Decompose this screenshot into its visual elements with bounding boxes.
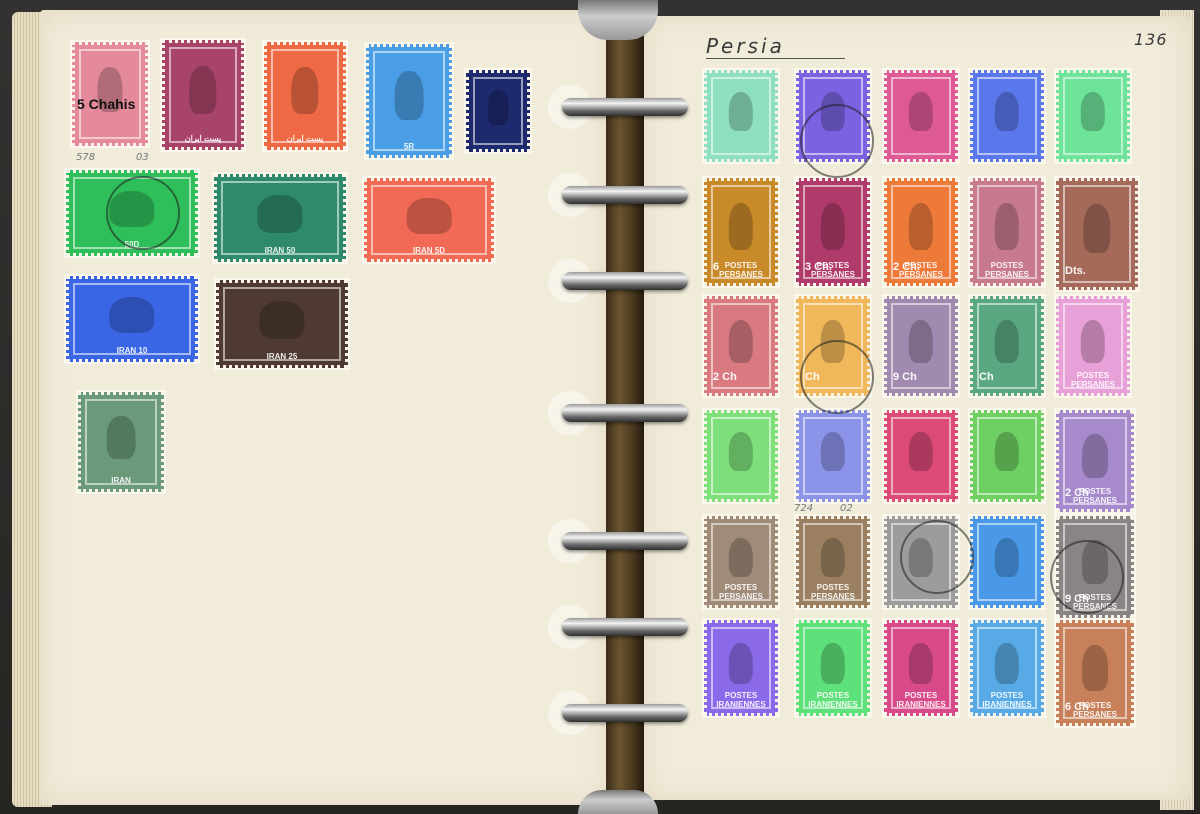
portrait — [821, 432, 845, 472]
stamp: پست ایران — [162, 40, 244, 150]
stamp-inscription: POSTES PERSANES — [707, 583, 775, 601]
stamp: POSTES PERSANES — [704, 516, 778, 608]
stamp: POSTES PERSANES2 Ch — [1056, 410, 1134, 512]
binder-clip-bottom — [578, 790, 658, 814]
portrait — [821, 538, 845, 578]
stamp-inscription: IRAN 25 — [219, 352, 345, 361]
page-title: Persia — [706, 34, 845, 59]
stamp: POSTES IRANIENNES — [796, 620, 870, 716]
postmark — [800, 340, 874, 414]
stamp-value: Dts. — [1065, 265, 1086, 277]
stamp: IRAN 25 — [216, 280, 348, 368]
binder-ring — [562, 404, 688, 422]
portrait — [821, 203, 845, 250]
catalog-note: 724 — [794, 503, 813, 514]
portrait — [729, 203, 753, 250]
stamp: IRAN 50 — [214, 174, 346, 262]
stamp — [884, 410, 958, 502]
portrait — [909, 203, 933, 250]
stamp-inscription: IRAN 50 — [217, 246, 343, 255]
binder-ring — [562, 532, 688, 550]
stamp — [466, 70, 530, 152]
stamp: Dts. — [1056, 178, 1138, 290]
stamp — [970, 70, 1044, 162]
stamp: POSTES PERSANES3 Ch. — [796, 178, 870, 286]
portrait — [995, 203, 1019, 250]
portrait — [909, 320, 933, 363]
stamp-value: 6 — [713, 261, 719, 273]
stamp: 9 Ch — [884, 296, 958, 396]
stamp: پست ایران — [264, 42, 346, 150]
portrait — [909, 432, 933, 472]
stamp: POSTES PERSANES2 Ch. — [884, 178, 958, 286]
stamp-value: 2 Ch — [1065, 487, 1089, 499]
stamp-inscription: IRAN 10 — [69, 346, 195, 355]
portrait — [1081, 320, 1105, 363]
portrait — [909, 92, 933, 132]
binder-ring — [562, 704, 688, 722]
portrait — [407, 198, 452, 234]
portrait — [729, 643, 753, 684]
stamp-inscription: POSTES IRANIENNES — [973, 691, 1041, 709]
portrait — [909, 643, 933, 684]
stamp — [884, 70, 958, 162]
stamp: 5R — [366, 44, 452, 158]
postmark — [900, 520, 974, 594]
stamp: IRAN 5D — [364, 178, 494, 262]
stamp: Ch — [970, 296, 1044, 396]
portrait — [291, 67, 318, 114]
portrait — [995, 320, 1019, 363]
catalog-note: 03 — [136, 152, 149, 163]
stamp — [796, 410, 870, 502]
stamp-inscription: POSTES IRANIENNES — [799, 691, 867, 709]
postmark — [1050, 540, 1124, 614]
stamp: POSTES IRANIENNES — [884, 620, 958, 716]
binder-ring — [562, 272, 688, 290]
stamp: POSTES PERSANES — [796, 516, 870, 608]
stamp — [704, 70, 778, 162]
stamp-value: 2 Ch. — [893, 261, 920, 273]
stamp: POSTES PERSANES — [1056, 296, 1130, 396]
stamp-inscription: 5R — [369, 142, 449, 151]
portrait — [729, 320, 753, 363]
stamp: IRAN 10 — [66, 276, 198, 362]
stamp-inscription: POSTES PERSANES — [973, 261, 1041, 279]
page-number: 136 — [1134, 30, 1168, 49]
stamp-value: 9 Ch — [893, 371, 917, 383]
stamp-inscription: پست ایران — [267, 134, 343, 143]
stamp-value: 6 Ch — [1065, 701, 1089, 713]
stamp-inscription: POSTES IRANIENNES — [707, 691, 775, 709]
stamp: 2 Ch — [704, 296, 778, 396]
binder-ring — [562, 186, 688, 204]
stamp-overprint: 5 Chahis — [77, 96, 135, 112]
stamp — [970, 516, 1044, 608]
stamp-inscription: IRAN — [81, 476, 161, 485]
portrait — [257, 195, 302, 233]
stamp-inscription: POSTES IRANIENNES — [887, 691, 955, 709]
portrait — [729, 538, 753, 578]
stamp: IRAN — [78, 392, 164, 492]
portrait — [821, 643, 845, 684]
catalog-note: 02 — [840, 503, 853, 514]
stamp: POSTES IRANIENNES — [970, 620, 1044, 716]
portrait — [729, 92, 753, 132]
stamp: POSTES PERSANES6 — [704, 178, 778, 286]
portrait — [1082, 645, 1108, 691]
stamp — [970, 410, 1044, 502]
postmark — [106, 176, 180, 250]
stamp: POSTES PERSANES — [970, 178, 1044, 286]
portrait — [395, 71, 424, 121]
stamp: POSTES IRANIENNES — [704, 620, 778, 716]
catalog-note: 578 — [76, 152, 95, 163]
stamp-value: 3 Ch. — [805, 261, 832, 273]
portrait — [995, 538, 1019, 578]
portrait — [1083, 204, 1110, 253]
stamp — [704, 410, 778, 502]
portrait — [729, 432, 753, 472]
portrait — [995, 92, 1019, 132]
portrait — [259, 301, 304, 339]
portrait — [1082, 434, 1108, 478]
portrait — [189, 66, 216, 114]
binder-ring — [562, 618, 688, 636]
stamp-inscription: پست ایران — [165, 134, 241, 143]
stamp-inscription: POSTES PERSANES — [1059, 371, 1127, 389]
stamp-inscription: IRAN 5D — [367, 246, 491, 255]
portrait — [109, 297, 154, 334]
portrait — [995, 643, 1019, 684]
stamp-value: 2 Ch — [713, 371, 737, 383]
binder-ring — [562, 98, 688, 116]
stamp: 5 Chahis — [72, 42, 148, 146]
portrait — [488, 90, 509, 125]
binder-clip-top — [578, 0, 658, 40]
portrait — [995, 432, 1019, 472]
portrait — [1081, 92, 1105, 132]
portrait — [107, 416, 136, 459]
postmark — [800, 104, 874, 178]
stamp-inscription: POSTES PERSANES — [799, 583, 867, 601]
stamp — [1056, 70, 1130, 162]
stamp-value: Ch — [979, 371, 994, 383]
stamp: POSTES PERSANES6 Ch — [1056, 620, 1134, 726]
